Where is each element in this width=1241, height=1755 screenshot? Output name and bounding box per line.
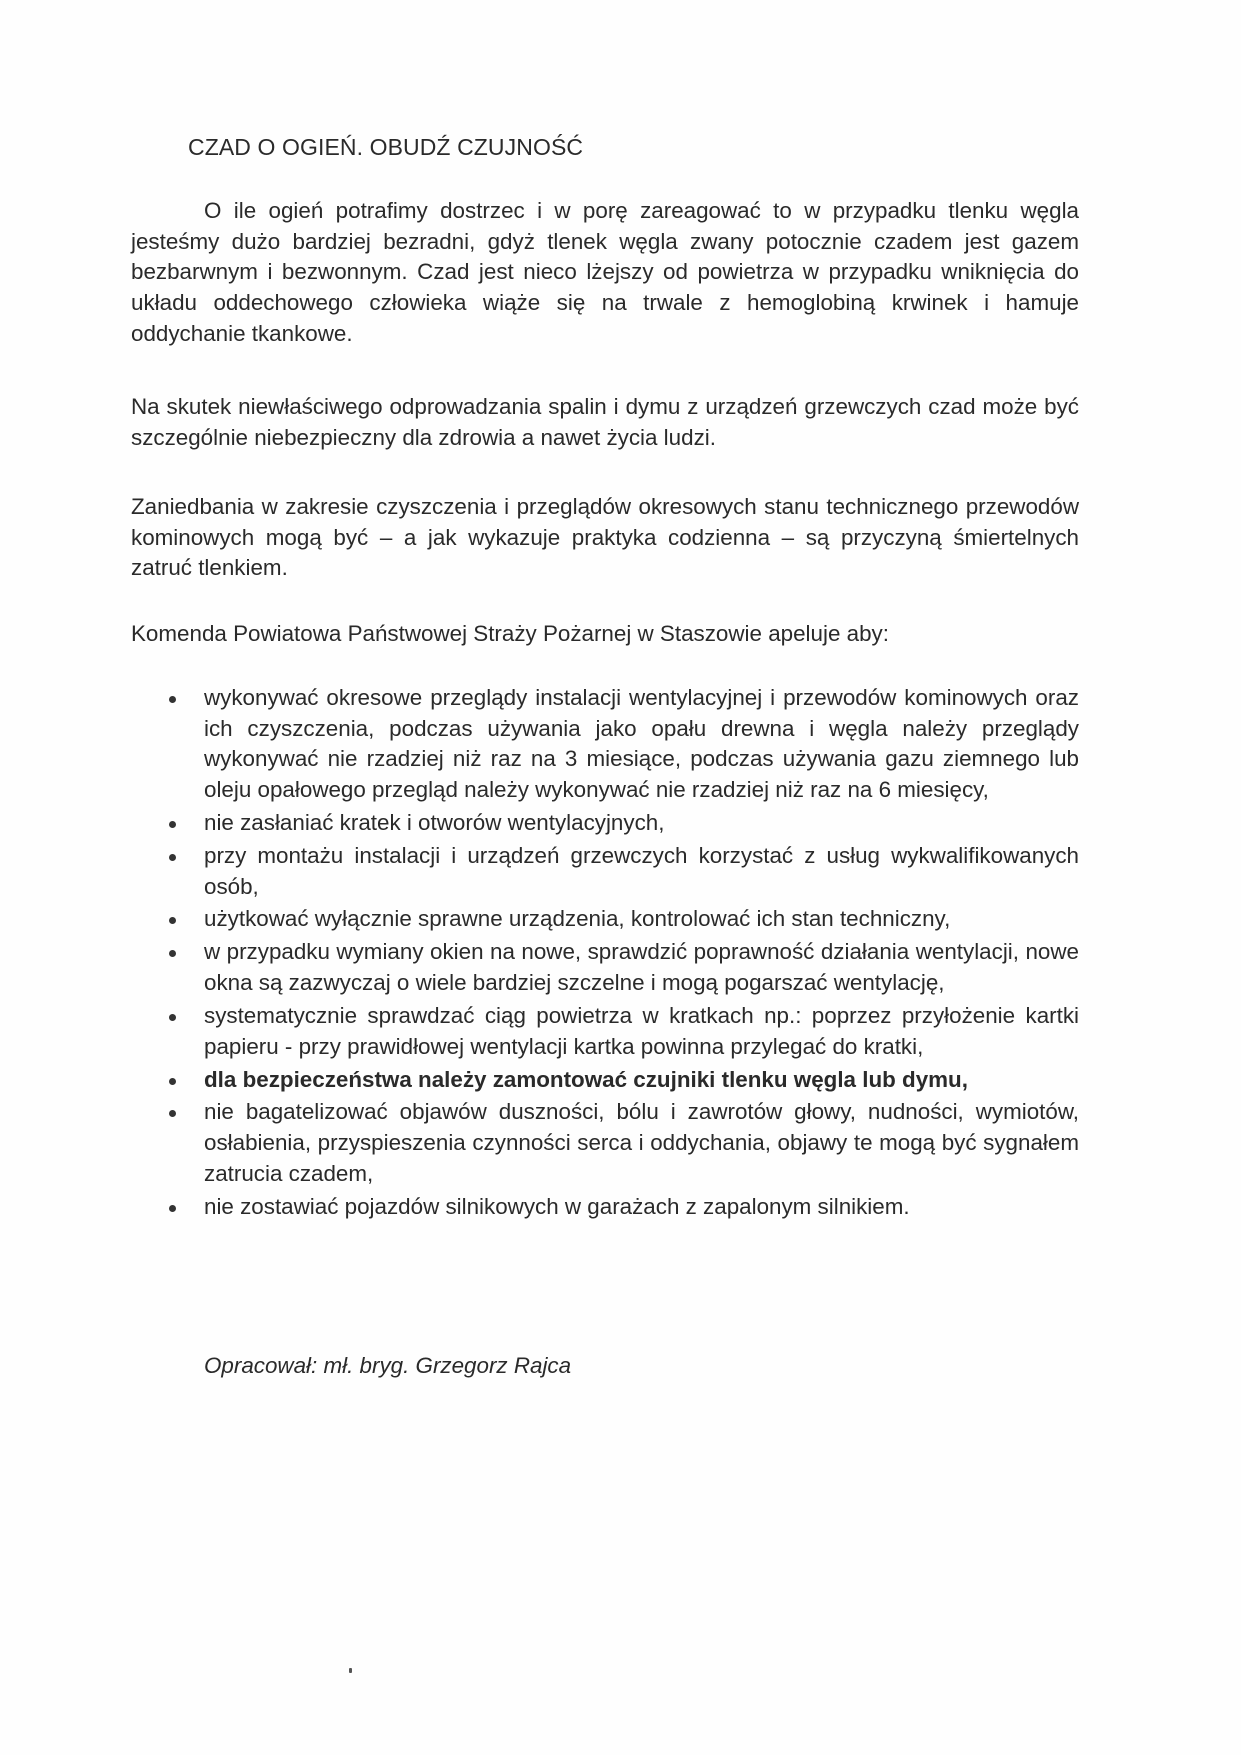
list-item-text: nie bagatelizować objawów duszności, ból… [204, 1099, 1079, 1185]
bullet-icon [169, 950, 176, 957]
list-item: przy montażu instalacji i urządzeń grzew… [131, 841, 1079, 902]
paragraph-text: O ile ogień potrafimy dostrzec i w porę … [131, 196, 1079, 350]
paragraph-text: Zaniedbania w zakresie czyszczenia i prz… [131, 492, 1079, 584]
list-item: wykonywać okresowe przeglądy instalacji … [131, 683, 1079, 806]
recommendations-list: wykonywać okresowe przeglądy instalacji … [131, 683, 1079, 1225]
list-item: systematycznie sprawdzać ciąg powietrza … [131, 1001, 1079, 1062]
scan-artifact [349, 1668, 352, 1673]
list-item-text: dla bezpieczeństwa należy zamontować czu… [204, 1067, 968, 1092]
bullet-icon [169, 917, 176, 924]
list-item-text: przy montażu instalacji i urządzeń grzew… [204, 843, 1079, 899]
paragraph-exhaust: Na skutek niewłaściwego odprowadzania sp… [131, 392, 1079, 453]
bullet-icon [169, 1205, 176, 1212]
list-item: nie bagatelizować objawów duszności, ból… [131, 1097, 1079, 1189]
paragraph-text: Na skutek niewłaściwego odprowadzania sp… [131, 392, 1079, 453]
list-item-text: nie zasłaniać kratek i otworów wentylacy… [204, 810, 664, 835]
list-item: nie zostawiać pojazdów silnikowych w gar… [131, 1192, 1079, 1223]
list-item: użytkować wyłącznie sprawne urządzenia, … [131, 904, 1079, 935]
paragraph-intro: O ile ogień potrafimy dostrzec i w porę … [131, 196, 1079, 350]
list-item-text: użytkować wyłącznie sprawne urządzenia, … [204, 906, 950, 931]
author-signature: Opracował: mł. bryg. Grzegorz Rajca [204, 1351, 571, 1381]
scanned-page: CZAD O OGIEŃ. OBUDŹ CZUJNOŚĆ O ile ogień… [0, 0, 1241, 1755]
list-item-text: systematycznie sprawdzać ciąg powietrza … [204, 1003, 1079, 1059]
bullet-icon [169, 854, 176, 861]
document-title: CZAD O OGIEŃ. OBUDŹ CZUJNOŚĆ [188, 133, 583, 161]
bullet-icon [169, 696, 176, 703]
list-item-text: wykonywać okresowe przeglądy instalacji … [204, 685, 1079, 802]
bullet-icon [169, 1078, 176, 1085]
list-item: nie zasłaniać kratek i otworów wentylacy… [131, 808, 1079, 839]
paragraph-text: Komenda Powiatowa Państwowej Straży Poża… [131, 619, 1079, 650]
paragraph-negligence: Zaniedbania w zakresie czyszczenia i prz… [131, 492, 1079, 584]
paragraph-appeal: Komenda Powiatowa Państwowej Straży Poża… [131, 619, 1079, 650]
bullet-icon [169, 821, 176, 828]
bullet-icon [169, 1110, 176, 1117]
list-item-highlighted: dla bezpieczeństwa należy zamontować czu… [131, 1065, 1079, 1096]
bullet-icon [169, 1014, 176, 1021]
list-item-text: nie zostawiać pojazdów silnikowych w gar… [204, 1194, 910, 1219]
list-item-text: w przypadku wymiany okien na nowe, spraw… [204, 939, 1079, 995]
list-item: w przypadku wymiany okien na nowe, spraw… [131, 937, 1079, 998]
